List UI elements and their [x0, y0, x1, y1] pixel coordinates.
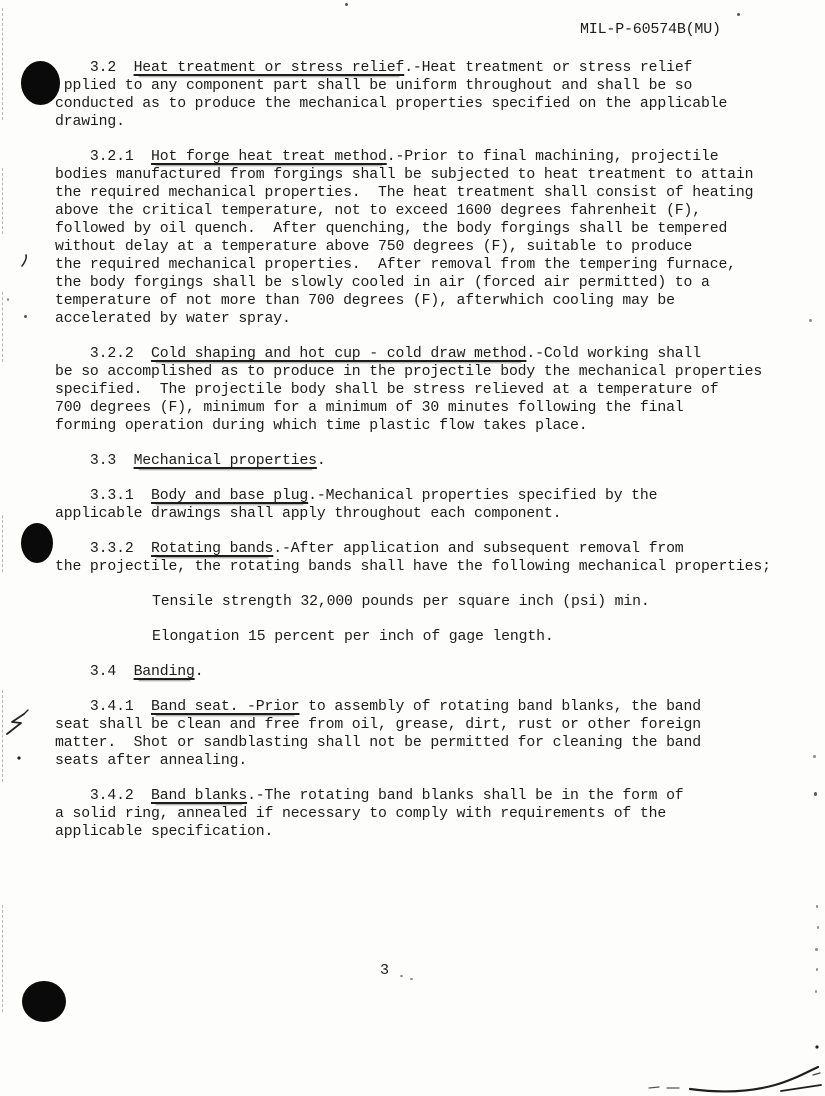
section-3-4: 3.4 Banding.	[55, 663, 795, 681]
scan-speck	[809, 319, 812, 322]
scan-speck	[400, 975, 403, 977]
section-number: 3.2.2	[55, 346, 151, 362]
document-page: MIL-P-60574B(MU) 3.2 Heat treatment or s…	[0, 0, 825, 1096]
text-line: accelerated by water spray.	[55, 310, 795, 328]
scan-edge-line	[2, 292, 3, 362]
document-id-header: MIL-P-60574B(MU)	[580, 21, 721, 38]
scan-speck	[737, 13, 740, 16]
section-heading-line: 3.3 Mechanical properties.	[55, 452, 795, 470]
section-heading-line: 3.4.2 Band blanks.-The rotating band bla…	[55, 787, 795, 805]
text-line: seat shall be clean and free from oil, g…	[55, 716, 795, 734]
text-line: drawing.	[55, 113, 795, 131]
section-3-3-2: 3.3.2 Rotating bands.-After application …	[55, 540, 795, 576]
scan-edge-line	[2, 905, 3, 1012]
text-line: conducted as to produce the mechanical p…	[55, 95, 795, 113]
scan-edge-line	[2, 515, 3, 572]
section-title: Hot forge heat treat method	[151, 149, 387, 165]
text-line: forming operation during which time plas…	[55, 417, 795, 435]
text-line: the required mechanical properties. The …	[55, 184, 795, 202]
document-body: 3.2 Heat treatment or stress relief.-Hea…	[55, 59, 795, 841]
text-line: bodies manufactured from forgings shall …	[55, 166, 795, 184]
scan-speck	[814, 792, 817, 796]
section-heading-line: 3.3.1 Body and base plug.-Mechanical pro…	[55, 487, 795, 505]
scan-speck	[817, 926, 819, 929]
section-heading-text: .-Prior to final machining, projectile	[387, 149, 719, 165]
text-line: applicable drawings shall apply througho…	[55, 505, 795, 523]
section-title: Band seat. -Prior	[151, 699, 299, 715]
section-title: Heat treatment or stress relief	[134, 60, 405, 76]
section-number: 3.2.1	[55, 149, 151, 165]
section-heading-line: 3.3.2 Rotating bands.-After application …	[55, 540, 795, 558]
section-number: 3.3.1	[55, 488, 151, 504]
scan-speck	[7, 298, 9, 301]
section-heading-text: .	[195, 664, 204, 680]
section-3-2: 3.2 Heat treatment or stress relief.-Hea…	[55, 59, 795, 131]
section-title: Cold shaping and hot cup - cold draw met…	[151, 346, 526, 362]
section-3-4-2: 3.4.2 Band blanks.-The rotating band bla…	[55, 787, 795, 841]
text-line: be so accomplished as to produce in the …	[55, 363, 795, 381]
text-line: the required mechanical properties. Afte…	[55, 256, 795, 274]
section-3-2-2: 3.2.2 Cold shaping and hot cup - cold dr…	[55, 345, 795, 435]
spec-line: Tensile strength 32,000 pounds per squar…	[152, 593, 795, 611]
scan-speck	[410, 978, 413, 980]
hole-punch-mark	[21, 61, 60, 105]
scan-speck	[813, 755, 816, 758]
section-heading-text: .-After application and subsequent remov…	[273, 541, 683, 557]
scan-speck	[816, 968, 818, 971]
text-line: 700 degrees (F), minimum for a minimum o…	[55, 399, 795, 417]
section-3-2-1: 3.2.1 Hot forge heat treat method.-Prior…	[55, 148, 795, 328]
section-number: 3.4.2	[55, 788, 151, 804]
spec-line: Elongation 15 percent per inch of gage l…	[152, 628, 795, 646]
text-line: seats after annealing.	[55, 752, 795, 770]
text-line: matter. Shot or sandblasting shall not b…	[55, 734, 795, 752]
section-title: Mechanical properties	[134, 453, 317, 469]
section-number: 3.2	[55, 60, 134, 76]
section-title: Band blanks	[151, 788, 247, 804]
text-line: the body forgings shall be slowly cooled…	[55, 274, 795, 292]
text-line: the projectile, the rotating bands shall…	[55, 558, 795, 576]
section-heading-text: to assembly of rotating band blanks, the…	[299, 699, 701, 715]
section-heading-text: .-Cold working shall	[526, 346, 701, 362]
section-heading-line: 3.2.1 Hot forge heat treat method.-Prior…	[55, 148, 795, 166]
section-number: 3.3.2	[55, 541, 151, 557]
text-line: a solid ring, annealed if necessary to c…	[55, 805, 795, 823]
text-line: above the critical temperature, not to e…	[55, 202, 795, 220]
pen-mark-left-margin	[3, 708, 31, 764]
section-number: 3.3	[55, 453, 134, 469]
section-heading-text: .-The rotating band blanks shall be in t…	[247, 788, 683, 804]
section-3-4-1: 3.4.1 Band seat. -Prior to assembly of r…	[55, 698, 795, 770]
section-title: Banding	[134, 664, 195, 680]
section-3-3-1: 3.3.1 Body and base plug.-Mechanical pro…	[55, 487, 795, 523]
text-line: temperature of not more than 700 degrees…	[55, 292, 795, 310]
section-heading-text: .	[317, 453, 326, 469]
page-number: 3	[380, 962, 389, 979]
text-line: pplied to any component part shall be un…	[55, 77, 795, 95]
section-heading-line: 3.2 Heat treatment or stress relief.-Hea…	[55, 59, 795, 77]
section-number: 3.4.1	[55, 699, 151, 715]
text-line: specified. The projectile body shall be …	[55, 381, 795, 399]
scan-speck	[815, 990, 817, 993]
text-line: applicable specification.	[55, 823, 795, 841]
scan-edge-line	[2, 8, 3, 120]
pen-comma-mark	[20, 254, 30, 268]
hole-punch-mark	[21, 523, 53, 563]
section-heading-line: 3.4 Banding.	[55, 663, 795, 681]
section-title: Rotating bands	[151, 541, 273, 557]
scan-speck	[816, 905, 818, 908]
text-line: without delay at a temperature above 750…	[55, 238, 795, 256]
text-line: followed by oil quench. After quenching,…	[55, 220, 795, 238]
section-title: Body and base plug	[151, 488, 308, 504]
section-heading-line: 3.2.2 Cold shaping and hot cup - cold dr…	[55, 345, 795, 363]
hole-punch-mark	[22, 981, 66, 1022]
scan-speck	[24, 315, 27, 318]
scan-speck	[815, 948, 818, 951]
section-heading-text: .-Heat treatment or stress relief	[404, 60, 692, 76]
section-number: 3.4	[55, 664, 134, 680]
section-heading-line: 3.4.1 Band seat. -Prior to assembly of r…	[55, 698, 795, 716]
pen-squiggle-bottom-right	[635, 1040, 825, 1096]
section-heading-text: .-Mechanical properties specified by the	[308, 488, 657, 504]
scan-speck	[345, 3, 348, 6]
section-3-3: 3.3 Mechanical properties.	[55, 452, 795, 470]
scan-edge-line	[2, 168, 3, 234]
